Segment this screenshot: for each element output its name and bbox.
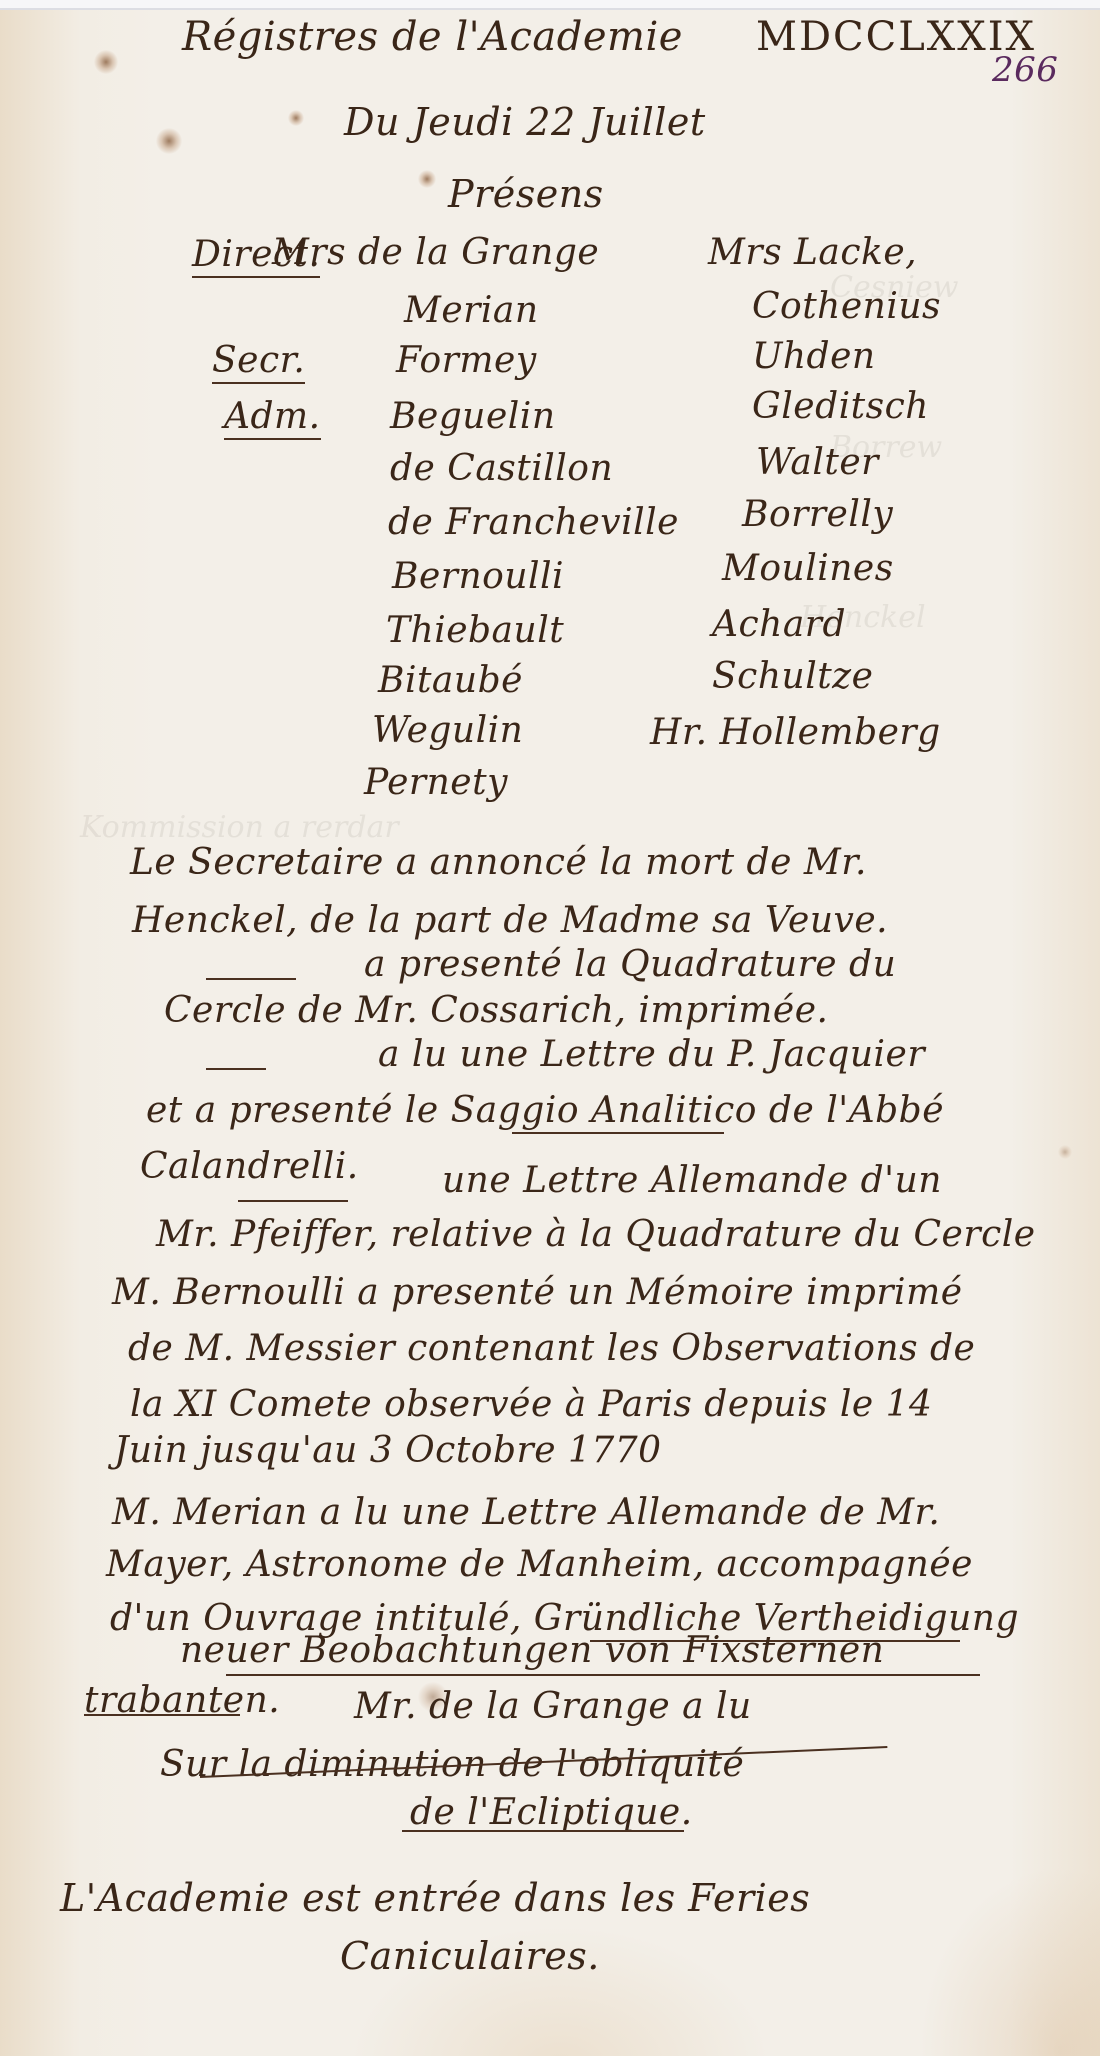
attendee-right: Achard: [712, 604, 846, 645]
minutes-line: de M. Messier contenant les Observations…: [128, 1328, 975, 1369]
attendee-left: Formey: [396, 340, 537, 381]
minutes-line: de l'Ecliptique.: [410, 1792, 693, 1833]
minutes-line: une Lettre Allemande d'un: [442, 1160, 942, 1201]
folio-number: 266: [992, 50, 1058, 90]
minutes-line: Mr. Pfeiffer, relative à la Quadrature d…: [156, 1214, 1036, 1255]
minutes-line: M. Merian a lu une Lettre Allemande de M…: [112, 1492, 940, 1533]
minutes-line: a presenté la Quadrature du: [364, 944, 896, 985]
foxing-stain: [94, 50, 118, 74]
attendee-left: Pernety: [364, 762, 508, 803]
attendee-right: Walter: [756, 442, 879, 483]
title-underline: [84, 1714, 240, 1716]
minutes-line: Mayer, Astronome de Manheim, accompagnée: [106, 1544, 973, 1585]
session-date: Du Jeudi 22 Juillet: [344, 100, 706, 144]
minutes-line: L'Academie est entrée dans les Feries: [60, 1876, 810, 1920]
minutes-line: et a presenté le Saggio Analitico de l'A…: [146, 1090, 944, 1131]
minutes-line: Henckel, de la part de Madme sa Veuve.: [132, 900, 888, 941]
minutes-line: Juin jusqu'au 3 Octobre 1770: [114, 1430, 662, 1471]
ditto-dash: [206, 978, 296, 980]
attendee-left: Bernoulli: [392, 556, 564, 597]
ditto-dash: [238, 1200, 348, 1202]
attendee-left: Mrs de la Grange: [272, 232, 599, 273]
foxing-stain: [156, 128, 182, 154]
attendee-left: Thiebault: [386, 610, 564, 651]
minutes-line: Caniculaires.: [340, 1934, 600, 1978]
foxing-stain: [418, 170, 436, 188]
attendee-right: Gleditsch: [752, 386, 929, 427]
attendee-right: Mrs Lacke,: [708, 232, 917, 273]
ditto-dash: [206, 1068, 266, 1070]
attendee-right: Hr. Hollemberg: [650, 712, 941, 753]
foxing-stain: [288, 110, 304, 126]
title-underline: [512, 1132, 724, 1134]
minutes-line: neuer Beobachtungen von Fixsternen: [180, 1630, 884, 1671]
foxing-stain: [1058, 1145, 1072, 1159]
minutes-line: la XI Comete observée à Paris depuis le …: [130, 1384, 932, 1425]
title-underline: [226, 1674, 980, 1676]
minutes-line: Le Secretaire a annoncé la mort de Mr.: [130, 842, 867, 883]
role-secretary: Secr.: [212, 340, 305, 384]
attendee-right: Moulines: [722, 548, 894, 589]
present-heading: Présens: [448, 172, 604, 216]
minutes-line: a lu une Lettre du P. Jacquier: [378, 1034, 925, 1075]
attendee-left: Merian: [404, 290, 539, 331]
minutes-line: Cercle de Mr. Cossarich, imprimée.: [164, 990, 828, 1031]
attendee-left: de Francheville: [388, 502, 679, 543]
attendee-right: Cothenius: [752, 286, 941, 327]
title-underline: [402, 1830, 684, 1832]
attendee-right: Schultze: [712, 656, 873, 697]
attendee-right: Uhden: [752, 336, 876, 377]
role-admin: Adm.: [224, 396, 321, 440]
bleed-through-text: Kommission a rerdar: [80, 810, 399, 845]
attendee-right: Borrelly: [742, 494, 893, 535]
attendee-left: Bitaubé: [378, 660, 523, 701]
register-title: Régistres de l'Academie: [182, 14, 683, 60]
minutes-line: Calandrelli.: [140, 1146, 359, 1187]
attendee-left: Wegulin: [372, 710, 523, 751]
minutes-line: M. Bernoulli a presenté un Mémoire impri…: [112, 1272, 963, 1313]
attendee-left: de Castillon: [390, 448, 613, 489]
minutes-line: Mr. de la Grange a lu: [354, 1686, 752, 1727]
attendee-left: Beguelin: [390, 396, 556, 437]
